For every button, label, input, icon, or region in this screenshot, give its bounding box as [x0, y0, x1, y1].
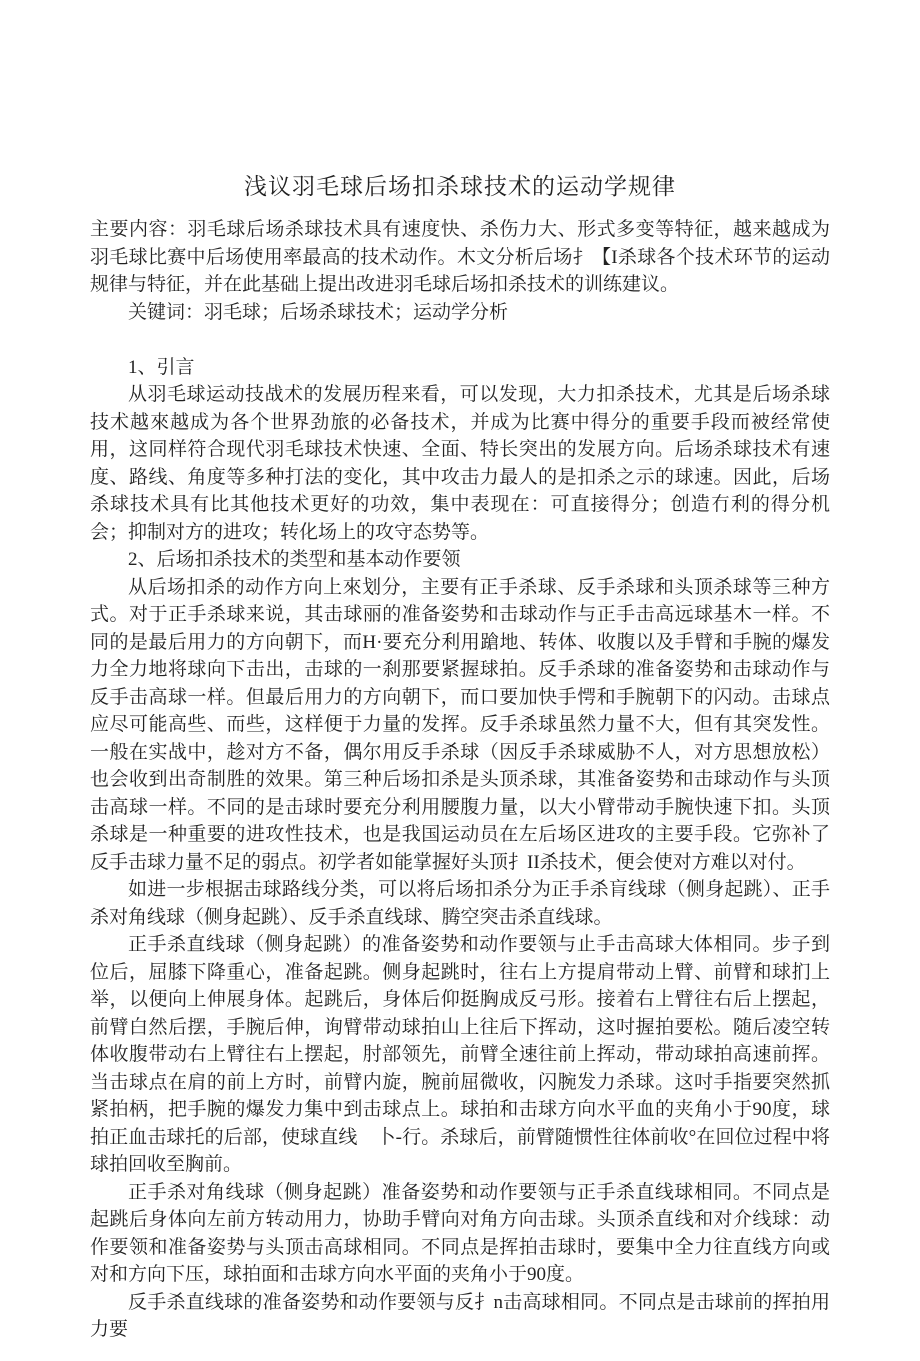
paragraph-keywords: 关键词：羽毛球；后场杀球技术；运动学分析: [90, 299, 830, 327]
section-heading-types: 2、后场扣杀技术的类型和基本动作要领: [90, 546, 830, 574]
document-title: 浅议羽毛球后场扣杀球技术的运动学规律: [90, 172, 830, 202]
paragraph-forehand-diagonal-smash: 正手杀对角线球（侧身起跳）准备姿势和动作要领与正手杀直线球相同。不同点是起跳后身…: [90, 1179, 830, 1289]
paragraph-route-classification: 如进一步根据击球路线分类，可以将后场扣杀分为正手杀肓线球（侧身起跳）、正手杀对角…: [90, 876, 830, 931]
section-heading-introduction: 1、引言: [90, 354, 830, 382]
paragraph-forehand-straight-smash: 正手杀直线球（侧身起跳）的准备姿势和动作要领与止手击高球大体相同。步子到位后，屈…: [90, 931, 830, 1179]
document-body: 主要内容：羽毛球后场杀球技术具有速度快、杀伤力大、形式多变等特征，越来越成为羽毛…: [90, 216, 830, 1344]
document-page: 浅议羽毛球后场扣杀球技术的运动学规律 主要内容：羽毛球后场杀球技术具有速度快、杀…: [0, 0, 920, 1361]
paragraph-introduction: 从羽毛球运动技战术的发展历程来看，可以发现，大力扣杀技术，尤其是后场杀球技术越來…: [90, 381, 830, 546]
paragraph-backhand-straight-smash: 反手杀直线球的准备姿势和动作要领与反扌n击高球相同。不同点是击球前的挥拍用力要: [90, 1289, 830, 1344]
paragraph-smash-types: 从后场扣杀的动作方向上來划分，主要有正手杀球、反手杀球和头顶杀球等三种方式。对于…: [90, 574, 830, 877]
paragraph-abstract: 主要内容：羽毛球后场杀球技术具有速度快、杀伤力大、形式多变等特征，越来越成为羽毛…: [90, 216, 830, 299]
